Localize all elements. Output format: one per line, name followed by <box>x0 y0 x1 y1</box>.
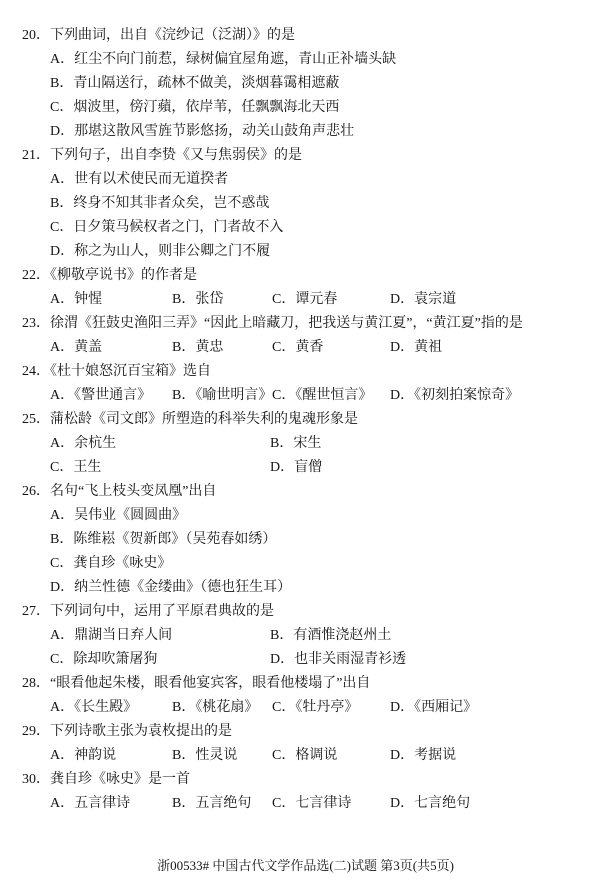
option-a: A．红尘不向门前惹，绿树偏宜屋角遮，青山正补墙头缺 <box>0 48 611 72</box>
question-stem-text: 《柳敬亭说书》的作者是 <box>50 268 197 283</box>
option-b: B．终身不知其非者众矣，岂不惑哉 <box>0 192 611 216</box>
option-d: D．纳兰性德《金缕曲》（德也狂生耳） <box>0 576 611 600</box>
question-stem-text: 名句“飞上枝头变凤凰”出自 <box>50 484 216 499</box>
option-c: C．除却吹箫屠狗 <box>50 648 270 672</box>
option-a: A．鼎湖当日弃人间 <box>50 624 270 648</box>
option-c: C．格调说 <box>272 744 390 768</box>
question-number: 23． <box>22 316 50 331</box>
question-20: 20．下列曲词，出自《浣纱记（泛湖）》的是 A．红尘不向门前惹，绿树偏宜屋角遮，… <box>0 24 611 144</box>
question-number: 28． <box>22 676 50 691</box>
option-row: A．五言律诗B．五言绝句C．七言律诗D．七言绝句 <box>0 792 611 816</box>
option-b: B．有酒惟浇赵州土 <box>270 624 391 648</box>
option-b: B．张岱 <box>172 288 272 312</box>
question-stem-text: 蒲松龄《司文郎》所塑造的科举失利的鬼魂形象是 <box>50 412 358 427</box>
option-a: A．吴伟业《圆圆曲》 <box>0 504 611 528</box>
question-26: 26．名句“飞上枝头变凤凰”出自 A．吴伟业《圆圆曲》 B．陈维崧《贺新郎》（吴… <box>0 480 611 600</box>
question-stem: 28．“眼看他起朱楼，眼看他宴宾客，眼看他楼塌了”出自 <box>0 672 611 696</box>
option-row: A．黄盖B．黄忠C．黄香D．黄祖 <box>0 336 611 360</box>
question-stem: 23．徐渭《狂鼓史渔阳三弄》“因此上暗藏刀，把我送与黄江夏”，“黄江夏”指的是 <box>0 312 611 336</box>
option-c: C．王生 <box>50 456 270 480</box>
option-row: C．王生D．盲僧 <box>0 456 611 480</box>
question-22: 22．《柳敬亭说书》的作者是 A．钟惺B．张岱C．谭元春D．袁宗道 <box>0 264 611 312</box>
option-c: C．龚自珍《咏史》 <box>0 552 611 576</box>
option-d: D．也非关雨湿青衫透 <box>270 648 406 672</box>
option-d: D．《西厢记》 <box>390 696 477 720</box>
question-stem: 20．下列曲词，出自《浣纱记（泛湖）》的是 <box>0 24 611 48</box>
option-row: A．《警世通言》B．《喻世明言》C．《醒世恒言》D．《初刻拍案惊奇》 <box>0 384 611 408</box>
option-a: A．黄盖 <box>50 336 172 360</box>
question-stem-text: “眼看他起朱楼，眼看他宴宾客，眼看他楼塌了”出自 <box>50 676 370 691</box>
question-25: 25．蒲松龄《司文郎》所塑造的科举失利的鬼魂形象是 A．余杭生B．宋生 C．王生… <box>0 408 611 480</box>
question-stem-text: 徐渭《狂鼓史渔阳三弄》“因此上暗藏刀，把我送与黄江夏”，“黄江夏”指的是 <box>50 316 523 331</box>
option-d: D．盲僧 <box>270 456 322 480</box>
question-30: 30．龚自珍《咏史》是一首 A．五言律诗B．五言绝句C．七言律诗D．七言绝句 <box>0 768 611 816</box>
option-d: D．《初刻拍案惊奇》 <box>390 384 519 408</box>
option-d: D．黄祖 <box>390 336 442 360</box>
option-c: C．《醒世恒言》 <box>272 384 390 408</box>
question-number: 24． <box>22 364 50 379</box>
option-row: A．钟惺B．张岱C．谭元春D．袁宗道 <box>0 288 611 312</box>
option-row: A．神韵说B．性灵说C．格调说D．考据说 <box>0 744 611 768</box>
question-stem: 26．名句“飞上枝头变凤凰”出自 <box>0 480 611 504</box>
question-stem-text: 下列词句中，运用了平原君典故的是 <box>50 604 274 619</box>
question-number: 22． <box>22 268 50 283</box>
question-24: 24．《杜十娘怒沉百宝箱》选自 A．《警世通言》B．《喻世明言》C．《醒世恒言》… <box>0 360 611 408</box>
option-d: D．七言绝句 <box>390 792 470 816</box>
option-d: D．那堪这散风雪旌节影悠扬，动关山鼓角声悲壮 <box>0 120 611 144</box>
option-c: C．《牡丹亭》 <box>272 696 390 720</box>
option-c: C．七言律诗 <box>272 792 390 816</box>
question-stem-text: 下列诗歌主张为袁枚提出的是 <box>50 724 232 739</box>
option-a: A．钟惺 <box>50 288 172 312</box>
option-b: B．黄忠 <box>172 336 272 360</box>
question-number: 26． <box>22 484 50 499</box>
question-number: 30． <box>22 772 50 787</box>
question-stem-text: 《杜十娘怒沉百宝箱》选自 <box>50 364 211 379</box>
question-stem-text: 下列句子，出自李贽《又与焦弱侯》的是 <box>50 148 302 163</box>
option-a: A．世有以术使民而无道揆者 <box>0 168 611 192</box>
option-a: A．神韵说 <box>50 744 172 768</box>
option-a: A．五言律诗 <box>50 792 172 816</box>
question-number: 25． <box>22 412 50 427</box>
question-23: 23．徐渭《狂鼓史渔阳三弄》“因此上暗藏刀，把我送与黄江夏”，“黄江夏”指的是 … <box>0 312 611 360</box>
question-list: 20．下列曲词，出自《浣纱记（泛湖）》的是 A．红尘不向门前惹，绿树偏宜屋角遮，… <box>0 24 611 816</box>
option-c: C．谭元春 <box>272 288 390 312</box>
question-29: 29．下列诗歌主张为袁枚提出的是 A．神韵说B．性灵说C．格调说D．考据说 <box>0 720 611 768</box>
question-stem: 27．下列词句中，运用了平原君典故的是 <box>0 600 611 624</box>
option-b: B．《桃花扇》 <box>172 696 272 720</box>
question-stem: 25．蒲松龄《司文郎》所塑造的科举失利的鬼魂形象是 <box>0 408 611 432</box>
option-b: B．性灵说 <box>172 744 272 768</box>
exam-page: 20．下列曲词，出自《浣纱记（泛湖）》的是 A．红尘不向门前惹，绿树偏宜屋角遮，… <box>0 0 611 896</box>
option-d: D．称之为山人，则非公卿之门不履 <box>0 240 611 264</box>
option-row: A．余杭生B．宋生 <box>0 432 611 456</box>
option-row: A．鼎湖当日弃人间B．有酒惟浇赵州土 <box>0 624 611 648</box>
option-c: C．烟波里，傍汀蘋，依岸苇，任飘飘海北天西 <box>0 96 611 120</box>
question-stem: 30．龚自珍《咏史》是一首 <box>0 768 611 792</box>
option-row: C．除却吹箫屠狗D．也非关雨湿青衫透 <box>0 648 611 672</box>
question-number: 27． <box>22 604 50 619</box>
question-21: 21．下列句子，出自李贽《又与焦弱侯》的是 A．世有以术使民而无道揆者 B．终身… <box>0 144 611 264</box>
option-row: A．《长生殿》B．《桃花扇》C．《牡丹亭》D．《西厢记》 <box>0 696 611 720</box>
option-d: D．袁宗道 <box>390 288 456 312</box>
question-stem: 21．下列句子，出自李贽《又与焦弱侯》的是 <box>0 144 611 168</box>
question-number: 20． <box>22 28 50 43</box>
page-footer: 浙00533# 中国古代文学作品选(二)试题 第3页(共5页) <box>0 855 611 874</box>
option-b: B．《喻世明言》 <box>172 384 272 408</box>
option-c: C．日夕策马候权者之门，门者故不入 <box>0 216 611 240</box>
question-stem: 22．《柳敬亭说书》的作者是 <box>0 264 611 288</box>
question-stem: 29．下列诗歌主张为袁枚提出的是 <box>0 720 611 744</box>
question-number: 21． <box>22 148 50 163</box>
question-stem-text: 龚自珍《咏史》是一首 <box>50 772 190 787</box>
option-b: B．青山隔送行，疏林不做美，淡烟暮霭相遮蔽 <box>0 72 611 96</box>
option-a: A．《警世通言》 <box>50 384 172 408</box>
option-d: D．考据说 <box>390 744 456 768</box>
option-a: A．《长生殿》 <box>50 696 172 720</box>
option-c: C．黄香 <box>272 336 390 360</box>
question-27: 27．下列词句中，运用了平原君典故的是 A．鼎湖当日弃人间B．有酒惟浇赵州土 C… <box>0 600 611 672</box>
question-stem: 24．《杜十娘怒沉百宝箱》选自 <box>0 360 611 384</box>
option-a: A．余杭生 <box>50 432 270 456</box>
question-28: 28．“眼看他起朱楼，眼看他宴宾客，眼看他楼塌了”出自 A．《长生殿》B．《桃花… <box>0 672 611 720</box>
option-b: B．宋生 <box>270 432 321 456</box>
question-stem-text: 下列曲词，出自《浣纱记（泛湖）》的是 <box>50 28 295 43</box>
option-b: B．陈维崧《贺新郎》（吴苑春如绣） <box>0 528 611 552</box>
question-number: 29． <box>22 724 50 739</box>
option-b: B．五言绝句 <box>172 792 272 816</box>
